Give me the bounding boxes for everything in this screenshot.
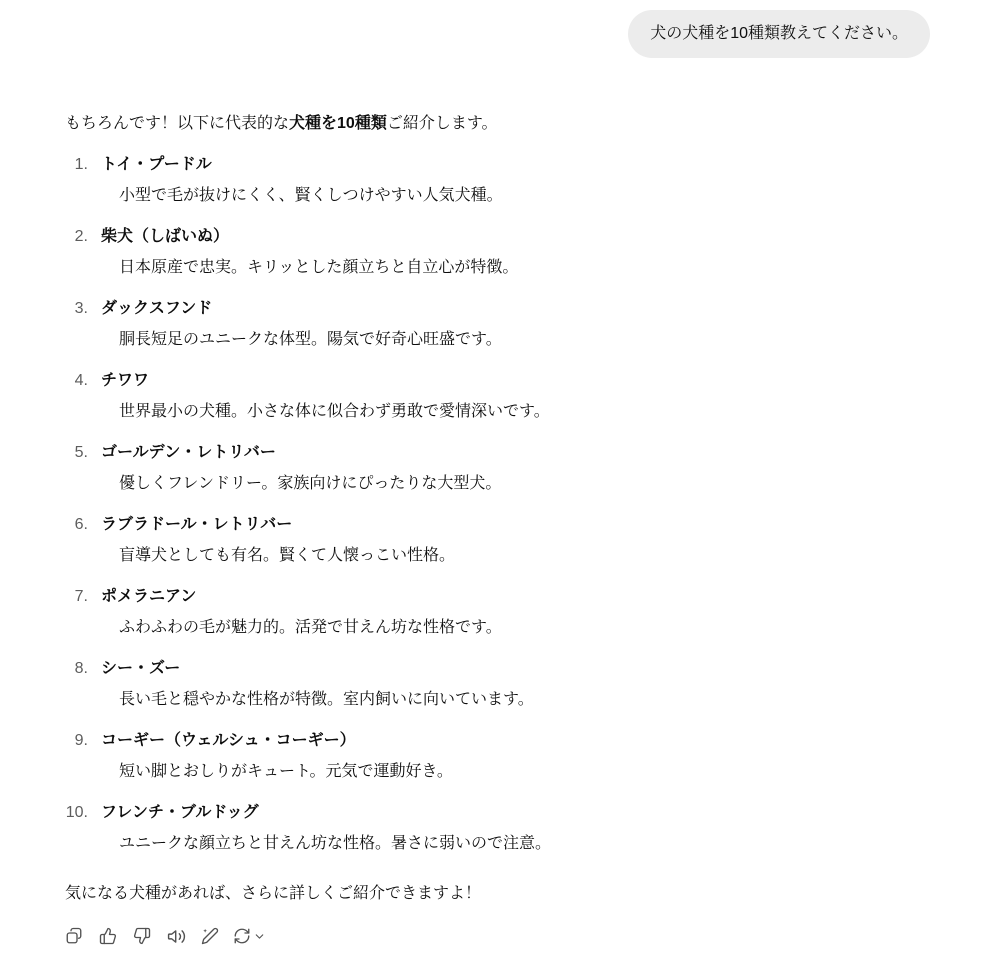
breed-description: 盲導犬としても有名。賢くて人懐っこい性格。	[101, 542, 930, 570]
breed-description: ユニークな顔立ちと甘えん坊な性格。暑さに弱いので注意。	[101, 830, 930, 858]
breed-name: コーギー（ウェルシュ・コーギー）	[101, 727, 930, 755]
edit-button[interactable]	[197, 923, 223, 949]
assistant-message: もちろんです！以下に代表的な犬種を10種類ご紹介します。 1. トイ・プードル …	[65, 110, 930, 949]
breed-description: 小型で毛が抜けにくく、賢くしつけやすい人気犬種。	[101, 182, 930, 210]
user-message-row: 犬の犬種を10種類教えてください。	[65, 0, 930, 58]
breed-description: 世界最小の犬種。小さな体に似合わず勇敢で愛情深いです。	[101, 398, 930, 426]
pencil-sparkle-icon	[201, 927, 219, 945]
breed-description: 日本原産で忠実。キリッとした顔立ちと自立心が特徴。	[101, 254, 930, 282]
refresh-icon	[233, 927, 251, 945]
intro-text-post: ご紹介します。	[387, 115, 498, 132]
breed-name: シー・ズー	[101, 655, 930, 683]
list-marker: 7.	[65, 583, 88, 611]
message-actions	[61, 923, 930, 949]
list-item: 3. ダックスフンド 胴長短足のユニークな体型。陽気で好奇心旺盛です。	[65, 295, 930, 354]
list-marker: 9.	[65, 727, 88, 755]
list-marker: 3.	[65, 295, 88, 323]
list-marker: 8.	[65, 655, 88, 683]
copy-icon	[65, 927, 83, 945]
list-item: 5. ゴールデン・レトリバー 優しくフレンドリー。家族向けにぴったりな大型犬。	[65, 439, 930, 498]
breed-description: 胴長短足のユニークな体型。陽気で好奇心旺盛です。	[101, 326, 930, 354]
thumbs-up-button[interactable]	[95, 923, 121, 949]
chevron-down-icon	[253, 930, 266, 943]
breed-description: ふわふわの毛が魅力的。活発で甘えん坊な性格です。	[101, 614, 930, 642]
breed-list: 1. トイ・プードル 小型で毛が抜けにくく、賢くしつけやすい人気犬種。 2. 柴…	[65, 151, 930, 858]
breed-name: トイ・プードル	[101, 151, 930, 179]
speaker-icon	[167, 927, 186, 946]
breed-name: チワワ	[101, 367, 930, 395]
list-item: 6. ラブラドール・レトリバー 盲導犬としても有名。賢くて人懐っこい性格。	[65, 511, 930, 570]
list-marker: 10.	[65, 799, 88, 827]
user-message-bubble: 犬の犬種を10種類教えてください。	[628, 10, 930, 58]
list-item: 9. コーギー（ウェルシュ・コーギー） 短い脚とおしりがキュート。元気で運動好き…	[65, 727, 930, 786]
breed-name: フレンチ・ブルドッグ	[101, 799, 930, 827]
list-item: 8. シー・ズー 長い毛と穏やかな性格が特徴。室内飼いに向いています。	[65, 655, 930, 714]
breed-name: ゴールデン・レトリバー	[101, 439, 930, 467]
breed-name: ダックスフンド	[101, 295, 930, 323]
read-aloud-button[interactable]	[163, 923, 189, 949]
list-marker: 4.	[65, 367, 88, 395]
list-marker: 6.	[65, 511, 88, 539]
list-item: 7. ポメラニアン ふわふわの毛が魅力的。活発で甘えん坊な性格です。	[65, 583, 930, 642]
copy-button[interactable]	[61, 923, 87, 949]
list-marker: 5.	[65, 439, 88, 467]
list-marker: 2.	[65, 223, 88, 251]
list-item: 2. 柴犬（しばいぬ） 日本原産で忠実。キリッとした顔立ちと自立心が特徴。	[65, 223, 930, 282]
breed-description: 短い脚とおしりがキュート。元気で運動好き。	[101, 758, 930, 786]
list-item: 4. チワワ 世界最小の犬種。小さな体に似合わず勇敢で愛情深いです。	[65, 367, 930, 426]
breed-name: ラブラドール・レトリバー	[101, 511, 930, 539]
list-marker: 1.	[65, 151, 88, 179]
chat-thread: 犬の犬種を10種類教えてください。 もちろんです！以下に代表的な犬種を10種類ご…	[65, 0, 930, 949]
thumbs-down-icon	[133, 927, 151, 945]
breed-description: 長い毛と穏やかな性格が特徴。室内飼いに向いています。	[101, 686, 930, 714]
list-item: 10. フレンチ・ブルドッグ ユニークな顔立ちと甘えん坊な性格。暑さに弱いので注…	[65, 799, 930, 858]
closing-paragraph: 気になる犬種があれば、さらに詳しくご紹介できますよ！	[65, 880, 930, 908]
thumbs-up-icon	[99, 927, 117, 945]
list-item: 1. トイ・プードル 小型で毛が抜けにくく、賢くしつけやすい人気犬種。	[65, 151, 930, 210]
intro-text-pre: もちろんです！以下に代表的な	[65, 115, 289, 132]
regenerate-button[interactable]	[231, 923, 268, 949]
intro-text-bold: 犬種を10種類	[289, 115, 387, 132]
thumbs-down-button[interactable]	[129, 923, 155, 949]
intro-paragraph: もちろんです！以下に代表的な犬種を10種類ご紹介します。	[65, 110, 930, 138]
breed-name: 柴犬（しばいぬ）	[101, 223, 930, 251]
breed-description: 優しくフレンドリー。家族向けにぴったりな大型犬。	[101, 470, 930, 498]
breed-name: ポメラニアン	[101, 583, 930, 611]
